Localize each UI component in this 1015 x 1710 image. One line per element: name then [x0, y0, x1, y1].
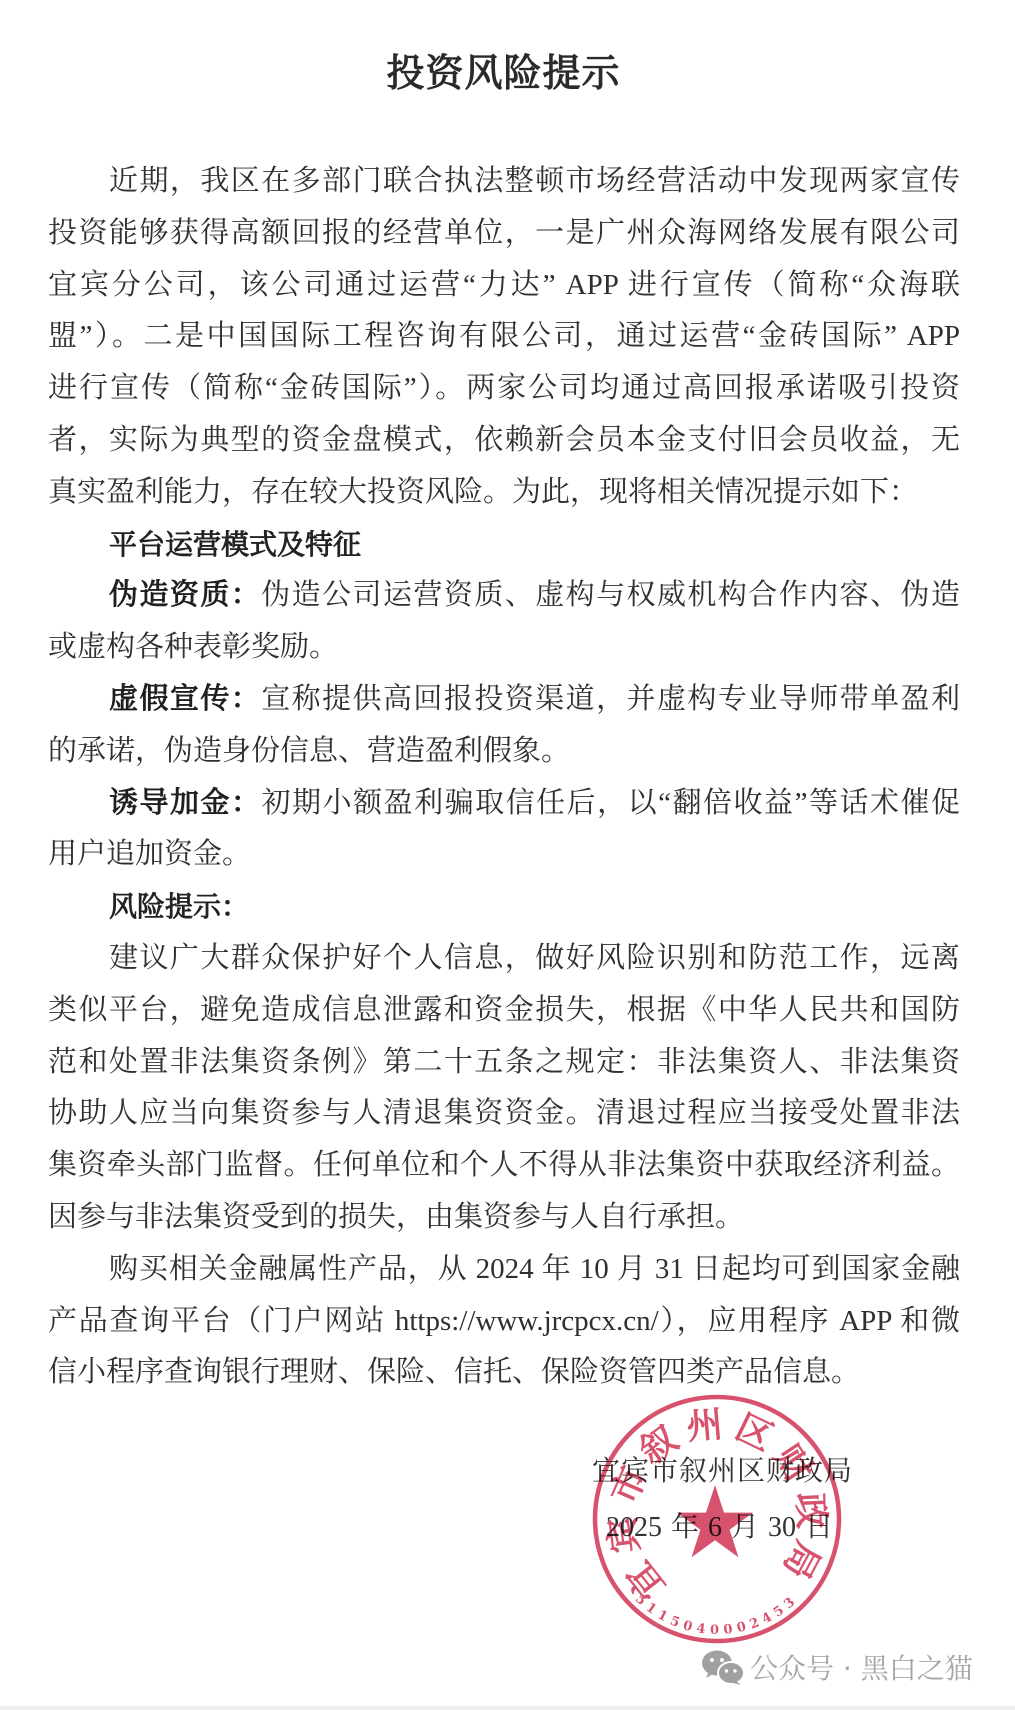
item-label: 虚假宣传： — [109, 683, 261, 715]
item-text: 伪造公司运营资质、虚构与权威机构合作内容、伪造 — [261, 579, 960, 611]
intro-line: 投资能够获得高额回报的经营单位，一是广州众海网络发展有限公司 — [48, 208, 960, 260]
item-label: 诱导加金： — [109, 787, 262, 819]
document-body: 近期，我区在多部门联合执法整顿市场经营活动中发现两家宣传 投资能够获得高额回报的… — [48, 156, 960, 1399]
item-text: 宣称提供高回报投资渠道，并虚构专业导师带单盈利 — [261, 683, 960, 715]
official-seal: 宜宾市叙州区财政局 5115040002453 — [587, 1389, 847, 1649]
section-heading-platform-model: 平台运营模式及特征 — [48, 519, 960, 571]
product-query-line: 产品查询平台（门户网站 https://www.jrcpcx.cn/），应用程序… — [48, 1296, 960, 1348]
risk-paragraph-line: 集资牵头部门监督。任何单位和个人不得从非法集资中获取经济利益。 — [48, 1140, 960, 1192]
intro-line: 者，实际为典型的资金盘模式，依赖新会员本金支付旧会员收益，无 — [48, 415, 960, 467]
product-query-line: 购买相关金融属性产品，从 2024 年 10 月 31 日起均可到国家金融 — [48, 1244, 960, 1296]
watermark-text: 公众号 · 黑白之猫 — [750, 1649, 973, 1689]
risk-paragraph-line: 建议广大群众保护好个人信息，做好风险识别和防范工作，远离 — [48, 933, 960, 985]
risk-paragraph-line: 范和处置非法集资条例》第二十五条之规定：非法集资人、非法集资 — [48, 1037, 960, 1089]
intro-line: 盟”）。二是中国国际工程咨询有限公司，通过运营“金砖国际” APP — [48, 311, 960, 363]
star-icon — [677, 1485, 753, 1557]
intro-line: 近期，我区在多部门联合执法整顿市场经营活动中发现两家宣传 — [48, 156, 960, 208]
item-text: 初期小额盈利骗取信任后，以“翻倍收益”等话术催促 — [262, 787, 960, 819]
bottom-border — [0, 1706, 1015, 1710]
risk-paragraph-line: 因参与非法集资受到的损失，由集资参与人自行承担。 — [48, 1192, 960, 1244]
risk-paragraph-line: 类似平台，避免造成信息泄露和资金损失，根据《中华人民共和国防 — [48, 985, 960, 1037]
feature-item-induced-deposit: 诱导加金：初期小额盈利骗取信任后，以“翻倍收益”等话术催促 — [48, 778, 960, 830]
item-text-line: 或虚构各种表彰奖励。 — [48, 622, 960, 674]
item-label: 伪造资质： — [109, 579, 261, 611]
document-title: 投资风险提示 — [0, 50, 1007, 98]
section-heading-risk-notice: 风险提示： — [48, 881, 960, 933]
seal-code: 5115040002453 — [632, 1592, 802, 1638]
intro-line: 真实盈利能力，存在较大投资风险。为此，现将相关情况提示如下： — [48, 467, 960, 519]
feature-item-false-advertising: 虚假宣传：宣称提供高回报投资渠道，并虚构专业导师带单盈利 — [48, 674, 960, 726]
intro-line: 宜宾分公司，该公司通过运营“力达” APP 进行宣传（简称“众海联 — [48, 260, 960, 312]
risk-paragraph-line: 协助人应当向集资参与人清退集资资金。清退过程应当接受处置非法 — [48, 1088, 960, 1140]
item-text-line: 用户追加资金。 — [48, 829, 960, 881]
intro-line: 进行宣传（简称“金砖国际”）。两家公司均通过高回报承诺吸引投资 — [48, 363, 960, 415]
feature-item-fake-qualification: 伪造资质：伪造公司运营资质、虚构与权威机构合作内容、伪造 — [48, 570, 960, 622]
item-text-line: 的承诺，伪造身份信息、营造盈利假象。 — [48, 726, 960, 778]
seal-code-path: 5115040002453 — [632, 1592, 802, 1638]
wechat-icon — [701, 1650, 745, 1686]
